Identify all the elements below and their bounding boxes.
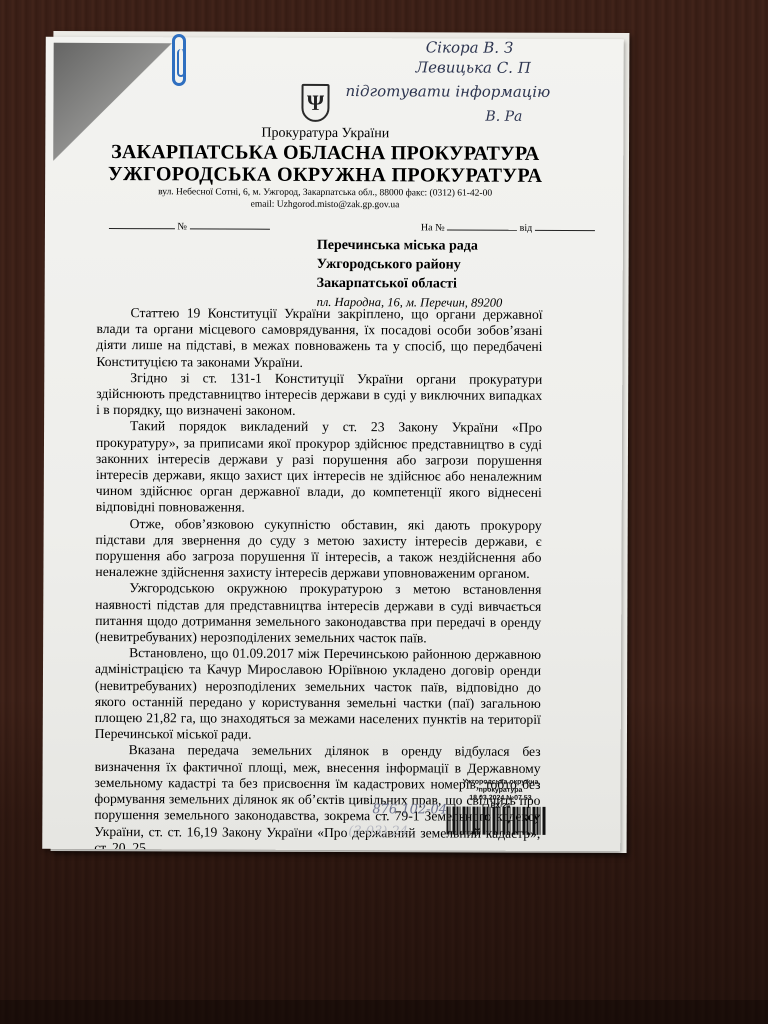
paragraph: Такий порядок викладений у ст. 23 Закону… — [96, 418, 542, 517]
barcode-icon — [446, 806, 546, 834]
outgoing-number: № — [109, 219, 270, 233]
paperclip-icon — [172, 34, 186, 86]
addressee-line: Ужгородського району — [317, 255, 503, 275]
paragraph: Статтею 19 Конституції України закріплен… — [96, 305, 542, 372]
document-page: Ψ Прокуратура України ЗАКАРПАТСЬКА ОБЛАС… — [42, 37, 624, 852]
desk-surface — [0, 1000, 768, 1024]
trident-emblem-icon: Ψ — [301, 84, 329, 122]
handwritten-name-2: Левицька С. П — [416, 58, 531, 77]
org-address: вул. Небесної Сотні, 6, м. Ужгород, Зака… — [45, 187, 605, 199]
handwritten-signature: В. Ра — [485, 109, 522, 125]
from-label: від — [520, 223, 533, 234]
handwritten-note-faint: (3 03) 24 — [348, 824, 408, 839]
reply-reference: На № від — [421, 220, 595, 234]
org-email: email: Uzhgorod.misto@zak.gp.gov.ua — [45, 199, 605, 211]
handwritten-name-1: Сікора В. З — [426, 38, 514, 56]
stamp-office: Ужгородська окружна прокуратура — [452, 779, 548, 795]
addressee-line: Перечинська міська рада — [317, 236, 503, 256]
paragraph: Ужгородською окружною прокуратурою з мет… — [95, 580, 541, 647]
paragraph: Отже, обов’язковою сукупністю обставин, … — [95, 516, 541, 583]
paragraph: Згідно зі ст. 131-1 Конституції України … — [96, 370, 542, 421]
org-district-title: УЖГОРОДСЬКА ОКРУЖНА ПРОКУРАТУРА — [45, 163, 605, 188]
addressee-line: Закарпатської області — [317, 274, 503, 294]
paragraph: Встановлено, що 01.09.2017 між Перечинсь… — [95, 645, 541, 744]
handwritten-note: 876 102-04 — [372, 802, 447, 817]
reply-label: На № — [421, 222, 445, 233]
handwritten-resolution: підготувати інформацію — [346, 82, 551, 101]
number-label: № — [177, 221, 187, 232]
letter-body: Статтею 19 Конституції України закріплен… — [94, 305, 542, 851]
addressee-block: Перечинська міська рада Ужгородського ра… — [317, 236, 503, 313]
